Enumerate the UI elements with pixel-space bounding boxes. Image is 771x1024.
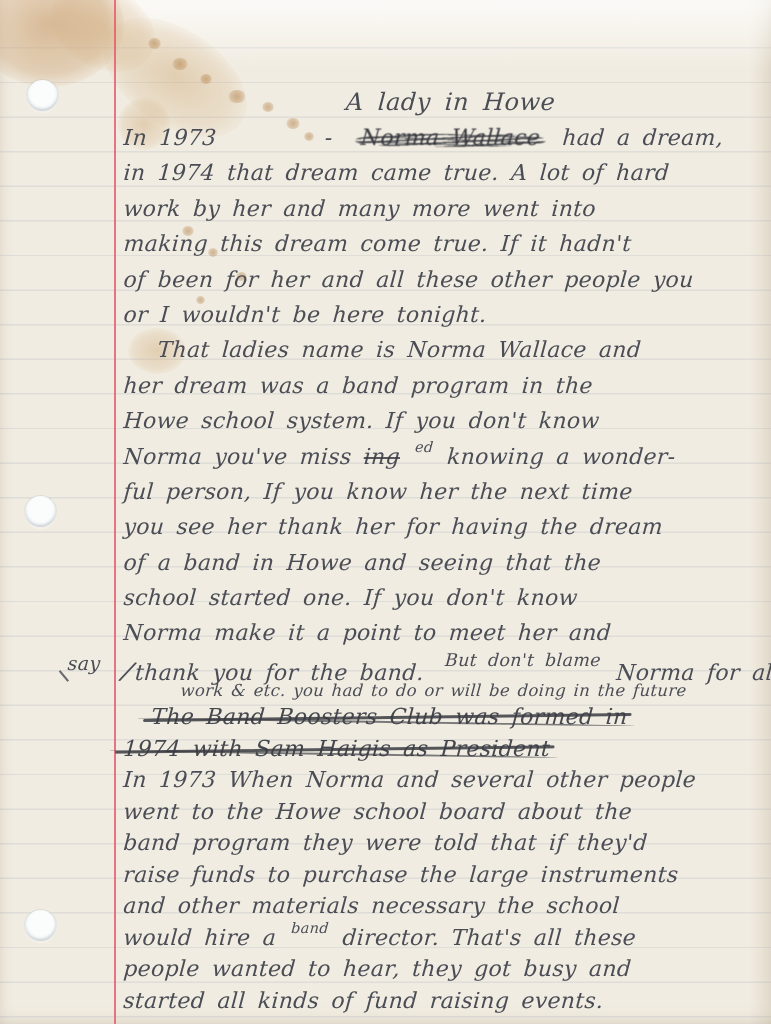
punch-hole-top <box>27 80 58 111</box>
handwritten-line: In 1973 When Norma and several other peo… <box>122 768 771 800</box>
text-block: In 1973 - Norma Wallace had a dream, in … <box>122 126 770 1020</box>
page-title: A lady in Howe <box>345 88 556 116</box>
handwritten-line: you see her thank her for having the dre… <box>122 515 771 550</box>
text-segment: you see her thank her for having the dre… <box>123 515 664 540</box>
text-segment: of been for her and all these other peop… <box>123 268 695 293</box>
handwritten-line: and other materials necessary the school <box>122 894 771 926</box>
text-segment: or I wouldn't be here tonight. <box>123 303 488 328</box>
handwritten-line: band program they were told that if they… <box>122 831 771 863</box>
text-segment: director. That's all these <box>342 926 637 951</box>
text-segment: knowing a wonder- <box>446 445 676 470</box>
text-segment: In 1973 When Norma and several other peo… <box>122 768 696 793</box>
handwritten-line: or I wouldn't be here tonight. <box>122 303 771 338</box>
text-segment: school started one. If you don't know <box>123 586 579 611</box>
red-margin-line <box>114 0 116 1024</box>
handwritten-line: Howe school system. If you don't know <box>122 409 771 444</box>
text-segment: - <box>324 126 333 151</box>
stain-droplet <box>200 74 212 84</box>
handwritten-line: work by her and many more went into <box>122 197 771 232</box>
punch-hole-middle <box>25 496 56 527</box>
handwritten-line: The Band Boosters Club was formed in <box>122 705 771 737</box>
text-segment: work & etc. you had to do or will be doi… <box>180 681 687 700</box>
stain-droplet <box>228 90 246 103</box>
text-segment: Norma make it a point to meet her and <box>123 621 612 646</box>
text-segment: started all kinds of fund raising events… <box>122 989 604 1014</box>
stain-droplet <box>262 102 274 112</box>
handwritten-line: people wanted to hear, they got busy and <box>122 957 771 989</box>
text-segment: would hire a <box>122 926 277 951</box>
punch-hole-bottom <box>25 910 56 941</box>
handwritten-line: That ladies name is Norma Wallace and <box>122 338 771 373</box>
handwritten-line: in 1974 that dream came true. A lot of h… <box>122 161 771 196</box>
struckline-segment: 1974 with Sam Haigis as President <box>122 737 550 762</box>
handwritten-line: work & etc. you had to do or will be doi… <box>122 681 771 698</box>
handwritten-line: of a band in Howe and seeing that the <box>122 551 771 586</box>
handwritten-line: 1974 with Sam Haigis as President <box>122 737 771 769</box>
sup-segment: band <box>291 921 330 937</box>
text-segment: had a dream, <box>562 126 724 151</box>
text-segment: band program they were told that if they… <box>122 831 648 856</box>
text-segment: ful person, If you know her the next tim… <box>123 480 634 505</box>
handwritten-line: went to the Howe school board about the <box>122 800 771 832</box>
scribble-segment: Norma Wallace <box>360 126 541 151</box>
coffee-stain <box>0 0 124 87</box>
text-segment: Howe school system. If you don't know <box>123 409 601 434</box>
handwritten-line: of been for her and all these other peop… <box>122 268 771 303</box>
text-segment: raise funds to purchase the large instru… <box>122 863 679 888</box>
handwritten-line: making this dream come true. If it hadn'… <box>122 232 771 267</box>
handwritten-line: would hire a band director. That's all t… <box>122 926 771 958</box>
stain-droplet <box>148 38 161 49</box>
struckline-segment: The Band Boosters Club was formed in <box>150 705 628 730</box>
notebook-page: A lady in Howe In 1973 - Norma Wallace h… <box>0 0 771 1024</box>
text-segment: in 1974 that dream came true. A lot of h… <box>123 161 670 186</box>
text-segment: making this dream come true. If it hadn'… <box>123 232 633 257</box>
text-segment: her dream was a band program in the <box>123 374 594 399</box>
handwritten-line: her dream was a band program in the <box>122 374 771 409</box>
coffee-stain <box>36 0 171 89</box>
text-segment: people wanted to hear, they got busy and <box>122 957 632 982</box>
stain-droplet <box>172 58 188 70</box>
text-segment: and other materials necessary the school <box>122 894 620 919</box>
handwritten-line: Norma you've miss ing ed knowing a wonde… <box>122 445 771 480</box>
handwritten-line: In 1973 - Norma Wallace had a dream, <box>122 126 771 161</box>
handwritten-line: raise funds to purchase the large instru… <box>122 863 771 895</box>
struckpart-segment: ing <box>363 445 401 470</box>
text-segment: That ladies name is Norma Wallace and <box>157 338 642 363</box>
sup-segment: ed <box>414 440 434 456</box>
text-segment: In 1973 <box>123 126 218 151</box>
handwritten-line: started all kinds of fund raising events… <box>122 989 771 1021</box>
text-segment: went to the Howe school board about the <box>122 800 632 825</box>
text-segment: Norma you've miss <box>123 445 353 470</box>
raised-segment: But don't blame <box>444 651 601 671</box>
marginword-segment: say <box>67 653 101 675</box>
handwritten-line: school started one. If you don't know <box>122 586 771 621</box>
handwritten-line: ful person, If you know her the next tim… <box>122 480 771 515</box>
text-segment: of a band in Howe and seeing that the <box>123 551 602 576</box>
text-segment: work by her and many more went into <box>123 197 597 222</box>
